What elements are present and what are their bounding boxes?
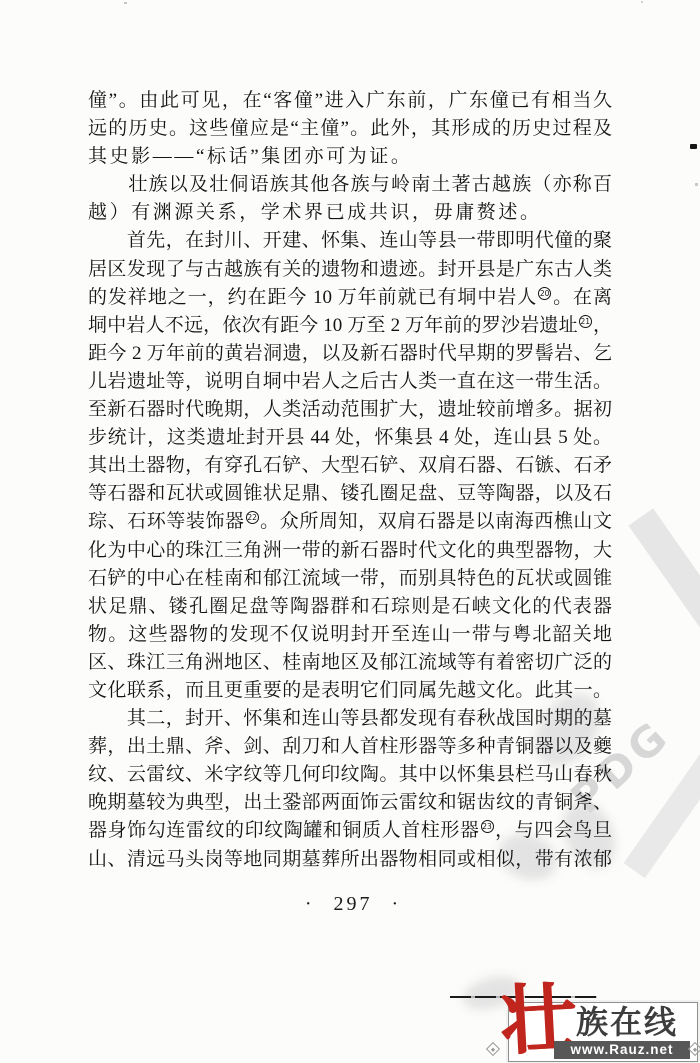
text-line: 僮”。由此可见，在“客僮”进入广东前，广东僮已有相当久 <box>88 87 612 115</box>
text-line: 越）有渊源关系，学术界已成共识，毋庸赘述。 <box>88 199 612 227</box>
text-line: 山、清远马头岗等地同期墓葬所出器物相同或相似，带有浓郁 <box>88 846 612 874</box>
text-line: 其二，封开、怀集和连山等县都发现有春秋战国时期的墓 <box>88 705 612 733</box>
text-line: 葬，出土鼎、斧、剑、刮刀和人首柱形器等多种青铜器以及夔 <box>88 733 612 761</box>
scan-speck <box>690 144 697 149</box>
footnote-ref: 22 <box>246 511 259 524</box>
footnote-ref: 23 <box>481 820 494 833</box>
scan-speck <box>124 2 127 4</box>
text-line: 远的历史。这些僮应是“主僮”。此外，其形成的历史过程及 <box>88 115 612 143</box>
text-line: 纹、云雷纹、米字纹等几何印纹陶。其中以怀集县栏马山春秋 <box>88 761 612 789</box>
text-line: 的发祥地之一，约在距今 10 万年前就已有垌中岩人20。在离 <box>88 284 612 312</box>
text-line: 至新石器时代晚期，人类活动范围扩大，遗址较前增多。据初 <box>88 396 612 424</box>
body-text: 僮”。由此可见，在“客僮”进入广东前，广东僮已有相当久远的历史。这些僮应是“主僮… <box>88 87 612 874</box>
text-line: 首先，在封川、开建、怀集、连山等县一带即明代僮的聚 <box>88 227 612 255</box>
text-line: 物。这些器物的发现不仅说明封开至连山一带与粤北韶关地 <box>88 621 612 649</box>
footnote-ref: 21 <box>579 315 592 328</box>
text-line: 区、珠江三角洲地区、桂南地区及郁江流域等有着密切广泛的 <box>88 649 612 677</box>
text-line: 其出土器物，有穿孔石铲、大型石铲、双肩石器、石镞、石矛 <box>88 452 612 480</box>
text-line: 琮、石环等装饰器22。众所周知，双肩石器是以南海西樵山文 <box>88 508 612 536</box>
text-line: 石铲的中心在桂南和郁江流域一带，而别具特色的瓦状或圆锥 <box>88 565 612 593</box>
page-number: · 297 · <box>0 893 700 916</box>
text-line: 壮族以及壮侗语族其他各族与岭南土著古越族（亦称百 <box>88 171 612 199</box>
text-line: 步统计，这类遗址封开县 44 处，怀集县 4 处，连山县 5 处。 <box>88 424 612 452</box>
text-line: 儿岩遗址等，说明自垌中岩人之后古人类一直在这一带生活。 <box>88 368 612 396</box>
logo-brand-text: 族在线 <box>576 1005 678 1039</box>
text-line: 状足鼎、镂孔圈足盘等陶器群和石琮则是石峡文化的代表器 <box>88 593 612 621</box>
text-line: 等石器和瓦状或圆锥状足鼎、镂孔圈足盘、豆等陶器，以及石 <box>88 480 612 508</box>
footnote-ref: 20 <box>538 287 551 300</box>
site-logo-stamp: 壮 族在线 www.Rauz.net <box>450 975 700 1063</box>
text-line: 晚期墓较为典型，出土銎部两面饰云雷纹和锯齿纹的青铜斧、 <box>88 789 612 817</box>
scan-speck <box>641 1 643 3</box>
diamond-icon <box>486 1042 500 1056</box>
text-line: 距今 2 万年前的黄岩洞遗，以及新石器时代早期的罗髻岩、乞 <box>88 340 612 368</box>
logo-url-text: www.Rauz.net <box>554 1041 690 1059</box>
text-line: 化为中心的珠江三角洲一带的新石器时代文化的典型器物，大 <box>88 537 612 565</box>
text-line: 器身饰勾连雷纹的印纹陶罐和铜质人首柱形器23，与四会鸟旦 <box>88 817 612 845</box>
watermark-diagonal-band <box>628 508 700 697</box>
text-line: 文化联系，而且更重要的是表明它们同属先越文化。此其一。 <box>88 677 612 705</box>
text-line: 垌中岩人不远，依次有距今 10 万至 2 万年前的罗沙岩遗址21， <box>88 312 612 340</box>
scanned-book-page: PDG 僮”。由此可见，在“客僮”进入广东前，广东僮已有相当久远的历史。这些僮应… <box>0 0 700 1063</box>
scan-speck <box>695 183 698 186</box>
text-line: 居区发现了与古越族有关的遗物和遗迹。封开县是广东古人类 <box>88 256 612 284</box>
